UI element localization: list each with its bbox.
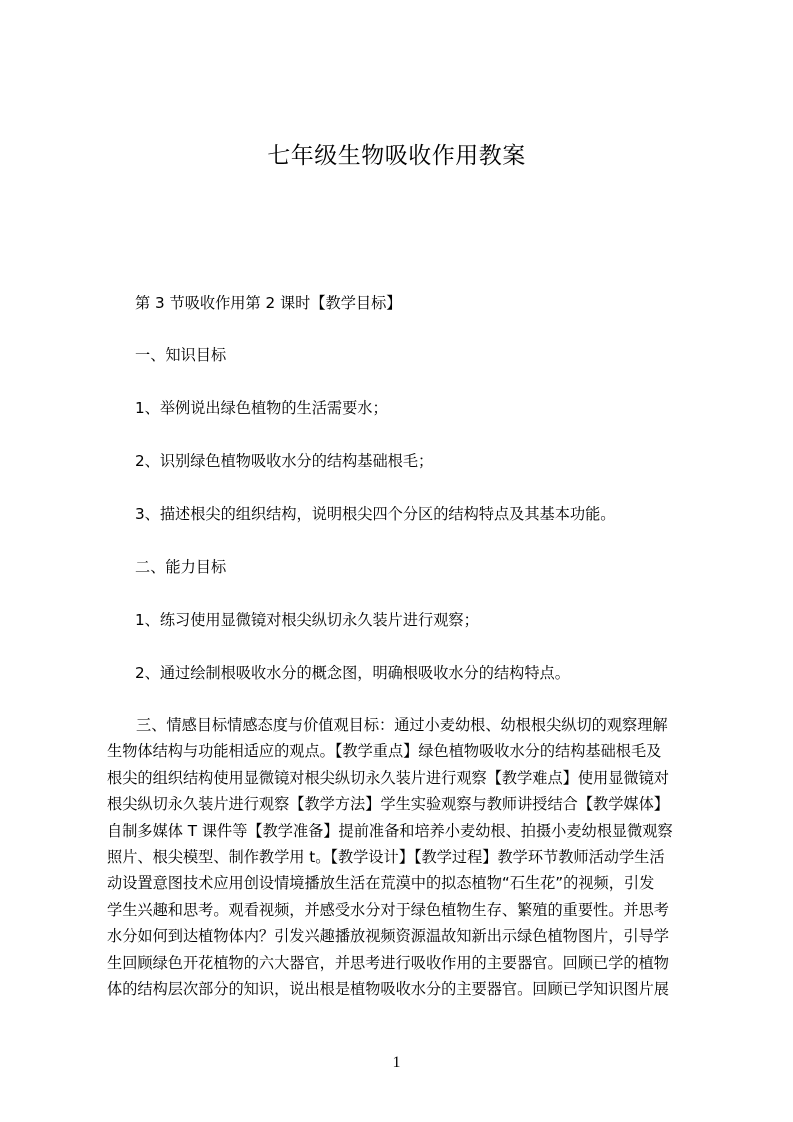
ability-item-2: 2、通过绘制根吸收水分的概念图，明确根吸收水分的结构特点。 <box>135 663 570 683</box>
paragraph-line: 根尖纵切永久装片进行观察【教学方法】学生实验观察与教师讲授结合【教学媒体】 <box>107 791 697 817</box>
section-heading-ability: 二、能力目标 <box>135 557 226 577</box>
knowledge-item-3: 3、描述根尖的组织结构，说明根尖四个分区的结构特点及其基本功能。 <box>135 504 615 524</box>
document-page: 七年级生物吸收作用教案 第 3 节吸收作用第 2 课时【教学目标】 一、知识目标… <box>0 0 793 1122</box>
page-number: 1 <box>0 1053 793 1073</box>
paragraph-line: 生回顾绿色开花植物的六大器官，并思考进行吸收作用的主要器官。回顾已学的植物 <box>107 950 697 976</box>
paragraph-line: 三、情感目标情感态度与价值观目标：通过小麦幼根、幼根根尖纵切的观察理解 <box>107 712 697 738</box>
knowledge-item-1: 1、举例说出绿色植物的生活需要水； <box>135 398 388 418</box>
paragraph-line: 学生兴趣和思考。观看视频，并感受水分对于绿色植物生存、繁殖的重要性。并思考 <box>107 897 697 923</box>
paragraph-line: 自制多媒体 T 课件等【教学准备】提前准备和培养小麦幼根、拍摄小麦幼根显微观察 <box>107 818 697 844</box>
paragraph-line: 体的结构层次部分的知识，说出根是植物吸收水分的主要器官。回顾已学知识图片展 <box>107 976 697 1002</box>
lesson-heading: 第 3 节吸收作用第 2 课时【教学目标】 <box>135 293 401 313</box>
ability-item-1: 1、练习使用显微镜对根尖纵切永久装片进行观察； <box>135 610 479 630</box>
section-heading-knowledge: 一、知识目标 <box>135 345 226 365</box>
knowledge-item-2: 2、识别绿色植物吸收水分的结构基础根毛； <box>135 451 433 471</box>
paragraph-line: 生物体结构与功能相适应的观点。【教学重点】绿色植物吸收水分的结构基础根毛及 <box>107 738 697 764</box>
paragraph-line: 照片、根尖模型、制作教学用 t。【教学设计】【教学过程】教学环节教师活动学生活 <box>107 844 697 870</box>
document-title: 七年级生物吸收作用教案 <box>0 141 793 171</box>
paragraph-line: 动设置意图技术应用创设情境播放生活在荒漠中的拟态植物“石生花”的视频，引发 <box>107 870 697 896</box>
body-paragraph: 三、情感目标情感态度与价值观目标：通过小麦幼根、幼根根尖纵切的观察理解 生物体结… <box>107 712 697 1002</box>
paragraph-line: 水分如何到达植物体内？引发兴趣播放视频资源温故知新出示绿色植物图片，引导学 <box>107 923 697 949</box>
paragraph-line: 根尖的组织结构使用显微镜对根尖纵切永久装片进行观察【教学难点】使用显微镜对 <box>107 765 697 791</box>
